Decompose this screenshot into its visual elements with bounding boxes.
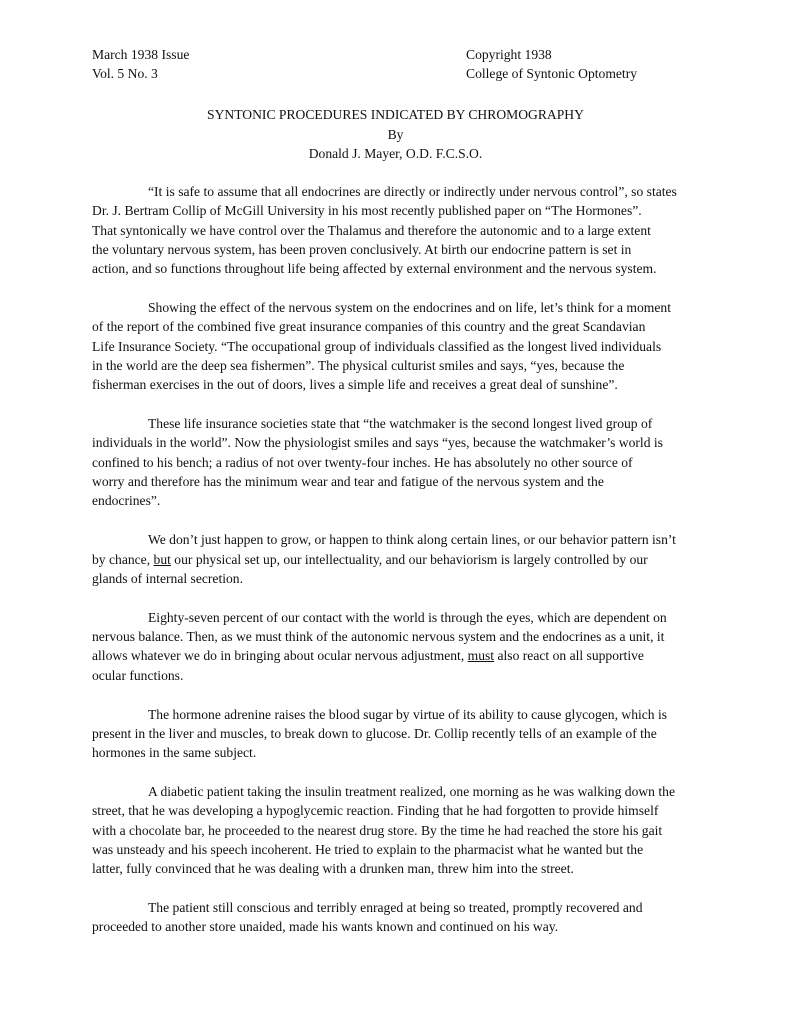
paragraph: We don’t just happen to grow, or happen … <box>92 530 722 588</box>
text-line: in the world are the deep sea fishermen”… <box>92 356 722 375</box>
text-fragment: by chance, <box>92 552 154 567</box>
paragraph: A diabetic patient taking the insulin tr… <box>92 782 722 878</box>
text-line: was unsteady and his speech incoherent. … <box>92 840 722 859</box>
text-line: glands of internal secretion. <box>92 569 722 588</box>
text-line: We don’t just happen to grow, or happen … <box>92 530 722 549</box>
document-page: March 1938 Issue Vol. 5 No. 3 Copyright … <box>0 0 791 1024</box>
text-line: latter, fully convinced that he was deal… <box>92 859 722 878</box>
text-line: worry and therefore has the minimum wear… <box>92 472 722 491</box>
text-line: street, that he was developing a hypogly… <box>92 801 722 820</box>
text-fragment: our physical set up, our intellectuality… <box>171 552 648 567</box>
publisher: College of Syntonic Optometry <box>466 64 637 83</box>
paragraph: The patient still conscious and terribly… <box>92 898 722 937</box>
text-line: action, and so functions throughout life… <box>92 259 722 278</box>
text-fragment: allows whatever we do in bringing about … <box>92 648 468 663</box>
text-line: Eighty-seven percent of our contact with… <box>92 608 722 627</box>
byline-by: By <box>0 125 791 145</box>
text-line: confined to his bench; a radius of not o… <box>92 453 722 472</box>
text-line: That syntonically we have control over t… <box>92 221 722 240</box>
issue-date: March 1938 Issue <box>92 45 189 64</box>
underlined-emphasis: must <box>468 648 494 663</box>
article-title: SYNTONIC PROCEDURES INDICATED BY CHROMOG… <box>0 105 791 125</box>
copyright-info: Copyright 1938 College of Syntonic Optom… <box>466 45 637 83</box>
text-line: endocrines”. <box>92 491 722 510</box>
text-line: hormones in the same subject. <box>92 743 722 762</box>
issue-info: March 1938 Issue Vol. 5 No. 3 <box>92 45 189 83</box>
text-line: A diabetic patient taking the insulin tr… <box>92 782 722 801</box>
text-line: These life insurance societies state tha… <box>92 414 722 433</box>
copyright-year: Copyright 1938 <box>466 45 637 64</box>
text-fragment: also react on all supportive <box>494 648 644 663</box>
paragraph: Showing the effect of the nervous system… <box>92 298 722 394</box>
text-line: ocular functions. <box>92 666 722 685</box>
text-line: fisherman exercises in the out of doors,… <box>92 375 722 394</box>
text-line: allows whatever we do in bringing about … <box>92 646 722 665</box>
text-line: with a chocolate bar, he proceeded to th… <box>92 821 722 840</box>
text-line: nervous balance. Then, as we must think … <box>92 627 722 646</box>
text-line: The patient still conscious and terribly… <box>92 898 722 917</box>
text-line: Life Insurance Society. “The occupationa… <box>92 337 722 356</box>
text-line: individuals in the world”. Now the physi… <box>92 433 722 452</box>
paragraph: “It is safe to assume that all endocrine… <box>92 182 722 278</box>
paragraph: The hormone adrenine raises the blood su… <box>92 705 722 763</box>
author: Donald J. Mayer, O.D. F.C.S.O. <box>0 144 791 164</box>
article-body: “It is safe to assume that all endocrine… <box>92 182 722 956</box>
text-line: “It is safe to assume that all endocrine… <box>92 182 722 201</box>
text-line: of the report of the combined five great… <box>92 317 722 336</box>
text-line: Showing the effect of the nervous system… <box>92 298 722 317</box>
paragraph: These life insurance societies state tha… <box>92 414 722 510</box>
title-block: SYNTONIC PROCEDURES INDICATED BY CHROMOG… <box>0 105 791 164</box>
text-line: the voluntary nervous system, has been p… <box>92 240 722 259</box>
text-line: by chance, but our physical set up, our … <box>92 550 722 569</box>
text-line: Dr. J. Bertram Collip of McGill Universi… <box>92 201 722 220</box>
text-line: The hormone adrenine raises the blood su… <box>92 705 722 724</box>
volume-number: Vol. 5 No. 3 <box>92 64 189 83</box>
paragraph: Eighty-seven percent of our contact with… <box>92 608 722 685</box>
text-line: proceeded to another store unaided, made… <box>92 917 722 936</box>
underlined-emphasis: but <box>154 552 171 567</box>
text-line: present in the liver and muscles, to bre… <box>92 724 722 743</box>
